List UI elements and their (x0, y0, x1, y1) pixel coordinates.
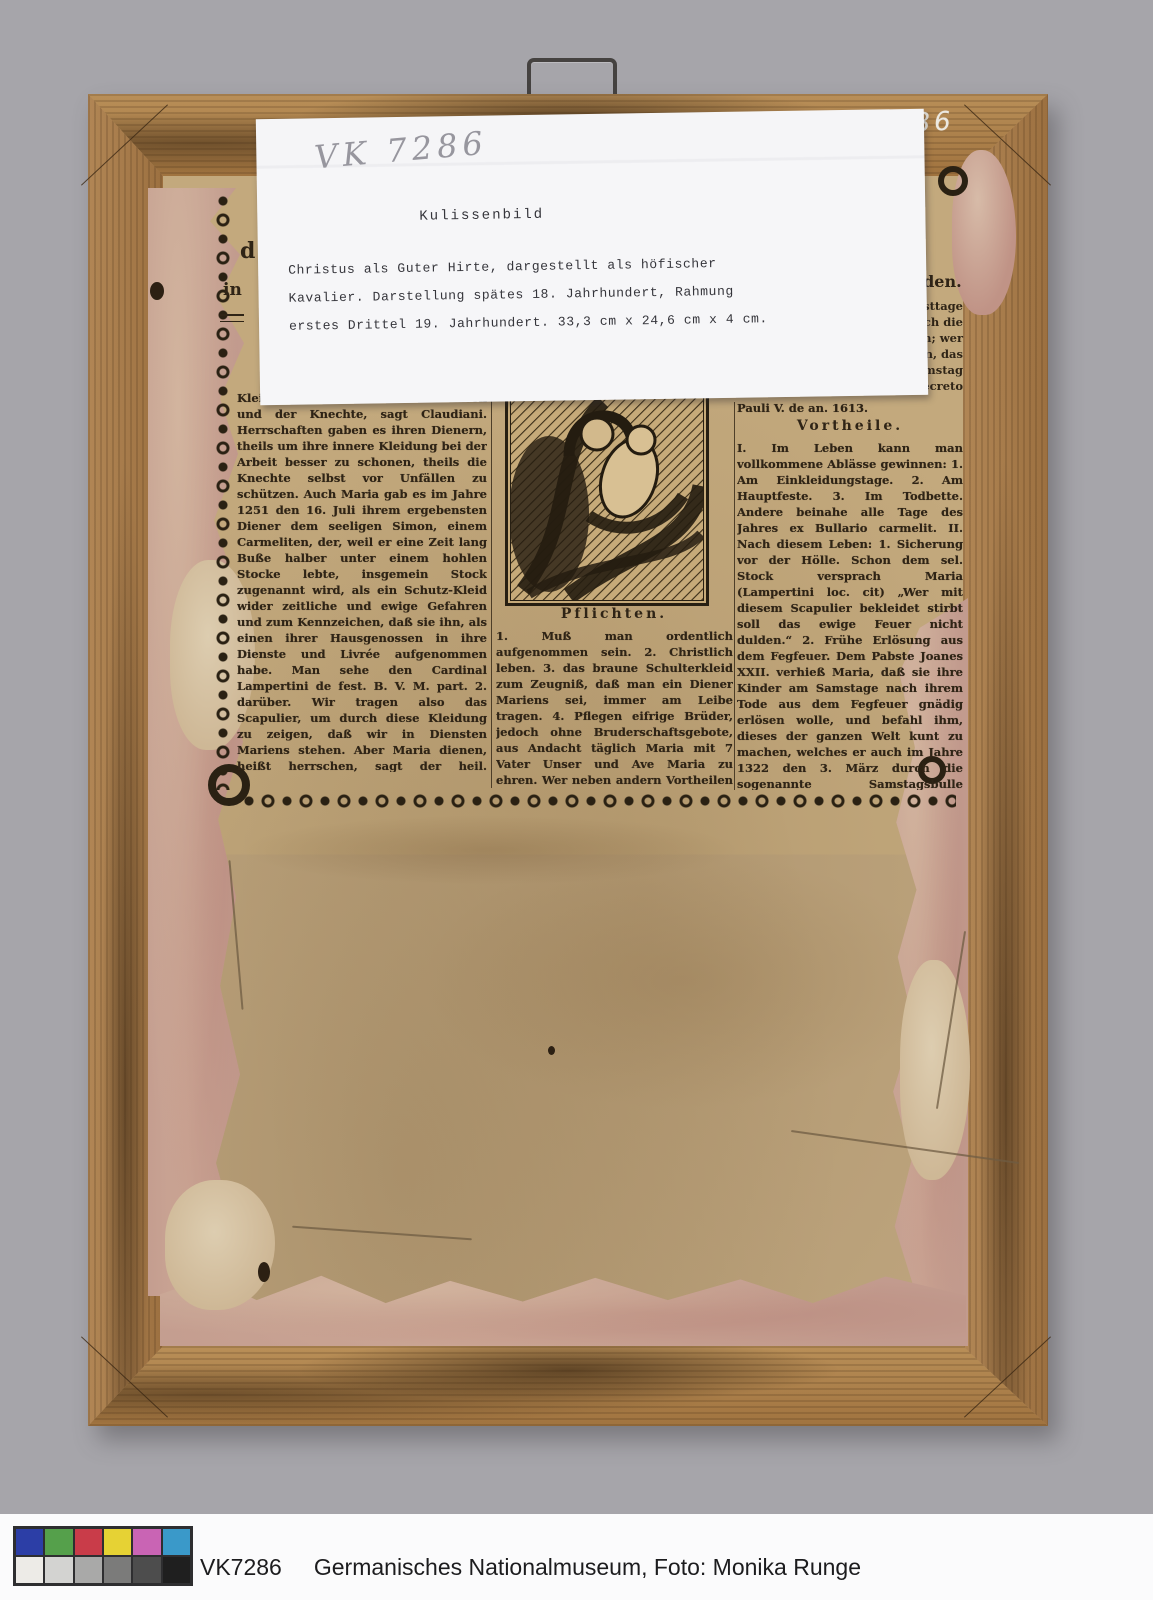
newspaper-left-column: Kleid und Kennzeichen der Sclaven und de… (237, 390, 487, 772)
masthead-fragment-in: in (223, 280, 242, 300)
masthead-fragment-initial: d (240, 238, 255, 264)
museum-photo-back-of-framed-picture: d in Kleid und Kennzeichen der Sclaven u… (0, 0, 1153, 1600)
tack-bottom-left (258, 1262, 270, 1282)
caption-credit: Germanisches Nationalmuseum, Foto: Monik… (314, 1554, 861, 1581)
label-line-2: Kavalier. Darstellung spätes 18. Jahrhun… (288, 284, 733, 306)
frame-bottom-rail (88, 1346, 1048, 1426)
caption-object-id: VK7286 (200, 1554, 282, 1581)
chart-swatch-yellow (104, 1529, 131, 1555)
chart-swatch-white (16, 1557, 43, 1583)
photo-caption: VK7286 Germanisches Nationalmuseum, Foto… (200, 1554, 861, 1581)
small-hole-center (548, 1046, 555, 1055)
label-line-3: erstes Drittel 19. Jahrhundert. 33,3 cm … (289, 311, 768, 334)
chart-swatch-magenta (133, 1529, 160, 1555)
label-handwritten-number: VK 7286 (313, 124, 489, 177)
color-calibration-chart (13, 1526, 193, 1586)
newspaper-middle-column: 1. Muß man ordentlich aufgenommen sein. … (496, 628, 733, 790)
chart-swatch-red (75, 1529, 102, 1555)
museum-label: VK 7286 Kulissenbild Christus als Guter … (256, 109, 928, 405)
right-column-intro: Pauli V. de an. 1613. (737, 400, 963, 416)
corner-ornament-top-right (938, 166, 968, 196)
chart-swatch-gray-80 (45, 1557, 72, 1583)
chart-swatch-gray-60 (75, 1557, 102, 1583)
label-line-1: Christus als Guter Hirte, dargestellt al… (288, 256, 717, 278)
column-divider-right (734, 402, 735, 790)
caption-strip: VK7286 Germanisches Nationalmuseum, Foto… (0, 1514, 1153, 1600)
chart-swatch-cyan (163, 1529, 190, 1555)
label-title: Kulissenbild (419, 207, 544, 225)
masthead-double-rule (220, 314, 244, 322)
pflichten-heading: Pflichten. (497, 606, 731, 622)
newspaper-right-column: I. Im Leben kann man vollkommene Ablässe… (737, 440, 963, 790)
chart-swatch-blue (16, 1529, 43, 1555)
chart-swatch-gray-20 (133, 1557, 160, 1583)
chart-swatch-gray-40 (104, 1557, 131, 1583)
ornamental-border-bottom (240, 792, 956, 810)
woodcut-madonna-and-child (505, 388, 709, 606)
chart-swatch-green (45, 1529, 72, 1555)
vortheile-heading: Vortheile. (737, 418, 963, 434)
worm-hole-left (150, 282, 164, 300)
chart-swatch-black (163, 1557, 190, 1583)
column-divider-left (491, 392, 492, 788)
